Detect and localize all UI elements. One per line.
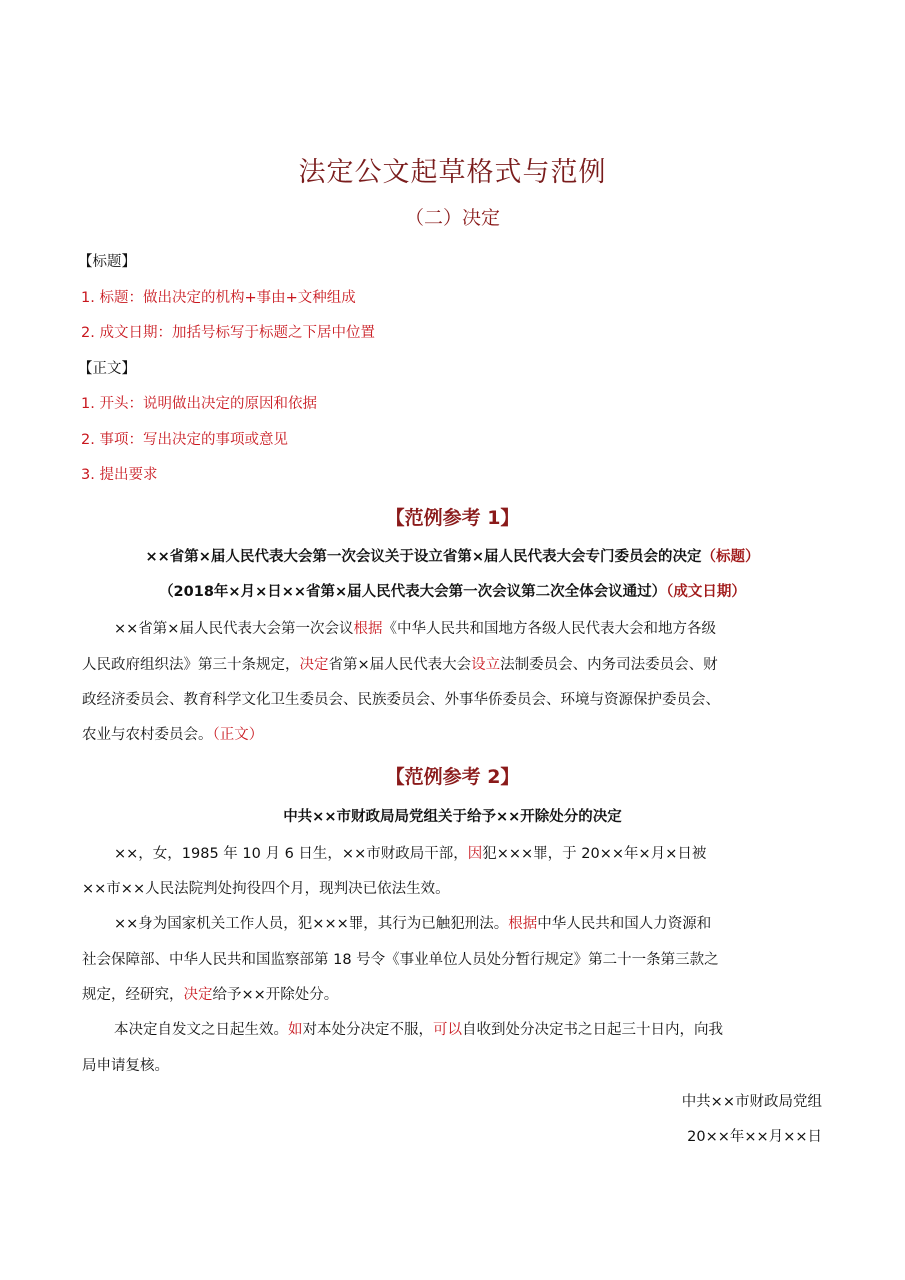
example-2-body-line: ××身为国家机关工作人员，犯×××罪，其行为已触犯刑法。根据中华人民共和国人力资… — [114, 912, 854, 933]
text: 中华人民共和国人力资源和 — [537, 916, 711, 932]
highlight-text: 如 — [288, 1022, 303, 1038]
highlight-text: 因 — [468, 846, 483, 862]
text: 给予××开除处分。 — [213, 987, 339, 1003]
example-1-body-line: ××省第×届人民代表大会第一次会议根据《中华人民共和国地方各级人民代表大会和地方… — [114, 617, 854, 638]
example-2-body-line: 规定，经研究，决定给予××开除处分。 — [82, 983, 822, 1004]
example-2-body-line: ××市××人民法院判处拘役四个月，现判决已依法生效。 — [82, 877, 822, 898]
example-2-body-line: 本决定自发文之日起生效。如对本处分决定不服，可以自收到处分决定书之日起三十日内，… — [114, 1018, 854, 1039]
body-rule-item: 1. 开头：说明做出决定的原因和依据 — [81, 392, 317, 413]
body-rule-item: 3. 提出要求 — [81, 463, 157, 484]
title-rule-item: 1. 标题：做出决定的机构+事由+文种组成 — [81, 286, 356, 307]
page-title: 法定公文起草格式与范例 — [0, 150, 905, 189]
example-1-body-line: 农业与农村委员会。（正文） — [82, 723, 822, 744]
text: 《中华人民共和国地方各级人民代表大会和地方各级 — [382, 621, 716, 637]
text: ××，女，1985 年 10 月 6 日生，××市财政局干部， — [114, 846, 468, 862]
text: 农业与农村委员会。 — [82, 727, 213, 743]
signature-organization: 中共××市财政局党组 — [682, 1090, 822, 1111]
body-rule-item: 2. 事项：写出决定的事项或意见 — [81, 428, 288, 449]
example-2-body-line: 局申请复核。 — [82, 1054, 822, 1075]
example-1-doc-title: ××省第×届人民代表大会第一次会议关于设立省第×届人民代表大会专门委员会的决定（… — [0, 545, 905, 566]
title-rule-item: 2. 成文日期：加括号标写于标题之下居中位置 — [81, 321, 375, 342]
text: 犯×××罪，于 20××年×月×日被 — [482, 846, 706, 862]
date-line-tag: （成文日期） — [666, 584, 746, 600]
example-1-heading: 【范例参考 1】 — [0, 503, 905, 530]
doc-title-text: ××省第×届人民代表大会第一次会议关于设立省第×届人民代表大会专门委员会的决定 — [145, 549, 701, 565]
text: 规定，经研究， — [82, 987, 184, 1003]
highlight-text: 设立 — [471, 657, 500, 673]
text: 人民政府组织法》第三十条规定， — [82, 657, 300, 673]
document-page: 法定公文起草格式与范例 （二）决定 【标题】 1. 标题：做出决定的机构+事由+… — [0, 0, 905, 1280]
date-line-text: （2018年×月×日××省第×届人民代表大会第一次会议第二次全体会议通过） — [159, 584, 666, 600]
example-2-body-line: 社会保障部、中华人民共和国监察部第 18 号令《事业单位人员处分暂行规定》第二十… — [82, 948, 822, 969]
example-2-heading: 【范例参考 2】 — [0, 762, 905, 789]
highlight-text: （正文） — [213, 727, 264, 743]
highlight-text: 决定 — [300, 657, 329, 673]
doc-title-tag: （标题） — [702, 549, 760, 565]
page-subtitle: （二）决定 — [0, 203, 905, 230]
text: ××身为国家机关工作人员，犯×××罪，其行为已触犯刑法。 — [114, 916, 508, 932]
highlight-text: 根据 — [508, 916, 537, 932]
section-label-title: 【标题】 — [78, 250, 136, 271]
example-2-doc-title: 中共××市财政局局党组关于给予××开除处分的决定 — [0, 805, 905, 826]
example-1-body-line: 政经济委员会、教育科学文化卫生委员会、民族委员会、外事华侨委员会、环境与资源保护… — [82, 688, 822, 709]
text: 对本处分决定不服， — [303, 1022, 434, 1038]
example-2-body-line: ××，女，1985 年 10 月 6 日生，××市财政局干部，因犯×××罪，于 … — [114, 842, 854, 863]
highlight-text: 可以 — [433, 1022, 462, 1038]
example-1-date-line: （2018年×月×日××省第×届人民代表大会第一次会议第二次全体会议通过）（成文… — [0, 580, 905, 601]
text: 本决定自发文之日起生效。 — [114, 1022, 288, 1038]
signature-date: 20××年××月××日 — [687, 1125, 822, 1146]
highlight-text: 根据 — [353, 621, 382, 637]
section-label-body: 【正文】 — [78, 357, 136, 378]
text: ××省第×届人民代表大会第一次会议 — [114, 621, 353, 637]
text: 法制委员会、内务司法委员会、财 — [500, 657, 718, 673]
highlight-text: 决定 — [184, 987, 213, 1003]
example-1-body-line: 人民政府组织法》第三十条规定，决定省第×届人民代表大会设立法制委员会、内务司法委… — [82, 653, 822, 674]
text: 自收到处分决定书之日起三十日内，向我 — [462, 1022, 723, 1038]
text: 省第×届人民代表大会 — [329, 657, 472, 673]
